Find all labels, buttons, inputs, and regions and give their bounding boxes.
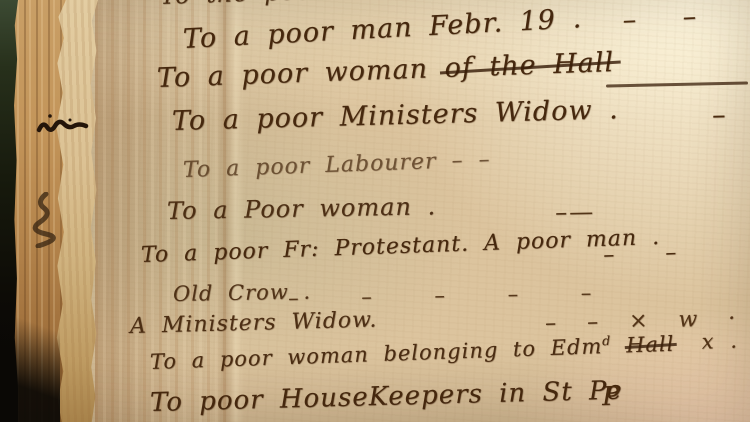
manuscript-line: To a poor woman belonging to Edmd Hallx … — [150, 331, 675, 374]
manuscript-line: To a poor man Febr. 19 .– – — [182, 3, 583, 55]
entry-text: To a poor Fr: Protestant. A poor man . — [141, 225, 661, 268]
manuscript-line: To a poor Labourer – – — [183, 147, 491, 183]
ink-scribble-mark — [36, 112, 90, 138]
pen-dash-marks: P — [602, 382, 622, 413]
manuscript-line: Old Crow .– – – – – — [173, 280, 312, 306]
pen-dash-marks: –— — [555, 198, 595, 227]
manuscript-line: To poor HouseKeepers in St PeP — [150, 376, 623, 418]
superscript-text: d — [602, 333, 612, 348]
manuscript-line: A Ministers Widow.– – × w · — [130, 308, 378, 339]
manuscript-line: To a poor Fr: Protestant. A poor man .– … — [141, 225, 661, 268]
ink-squiggle-mark — [26, 192, 60, 248]
manuscript-photo: To the poor m–To a poor man Febr. 19 .– … — [0, 0, 750, 422]
entry-text: A Ministers Widow. — [130, 308, 378, 339]
manuscript-line: To a poor woman of the Hall — [156, 47, 614, 94]
pen-dash-marks: x . — [701, 328, 739, 353]
entry-text: To a Poor woman . — [167, 192, 437, 225]
struck-through-text: Hall — [626, 332, 675, 358]
pen-dash-marks: – – – – – — [288, 281, 594, 310]
entry-text: To a poor man Febr. 19 . — [182, 3, 583, 55]
entry-text: To the poor m — [160, 0, 364, 10]
struck-through-text: of the Hall — [444, 47, 615, 84]
entry-text: To a poor woman — [156, 53, 445, 94]
pen-dash-marks: – – — [603, 240, 679, 268]
handwritten-entries: To the poor m–To a poor man Febr. 19 .– … — [0, 0, 750, 422]
manuscript-line: To the poor m– — [160, 0, 364, 10]
entry-text: To poor HouseKeepers in St Pe — [150, 376, 623, 418]
pen-dash-marks: – – — [622, 1, 699, 36]
entry-text: To a poor Labourer – – — [183, 147, 491, 183]
manuscript-page: To the poor m–To a poor man Febr. 19 .– … — [0, 0, 750, 422]
manuscript-line: To a poor Ministers Widow .– — [172, 94, 619, 137]
entry-text: To a poor Ministers Widow . — [172, 94, 619, 137]
manuscript-line: To a Poor woman .–— — [167, 192, 437, 225]
entry-text: To a poor woman belonging to Edm — [150, 334, 603, 374]
pen-dash-marks: – — [712, 99, 728, 130]
pen-dash-marks: – — [424, 0, 439, 5]
